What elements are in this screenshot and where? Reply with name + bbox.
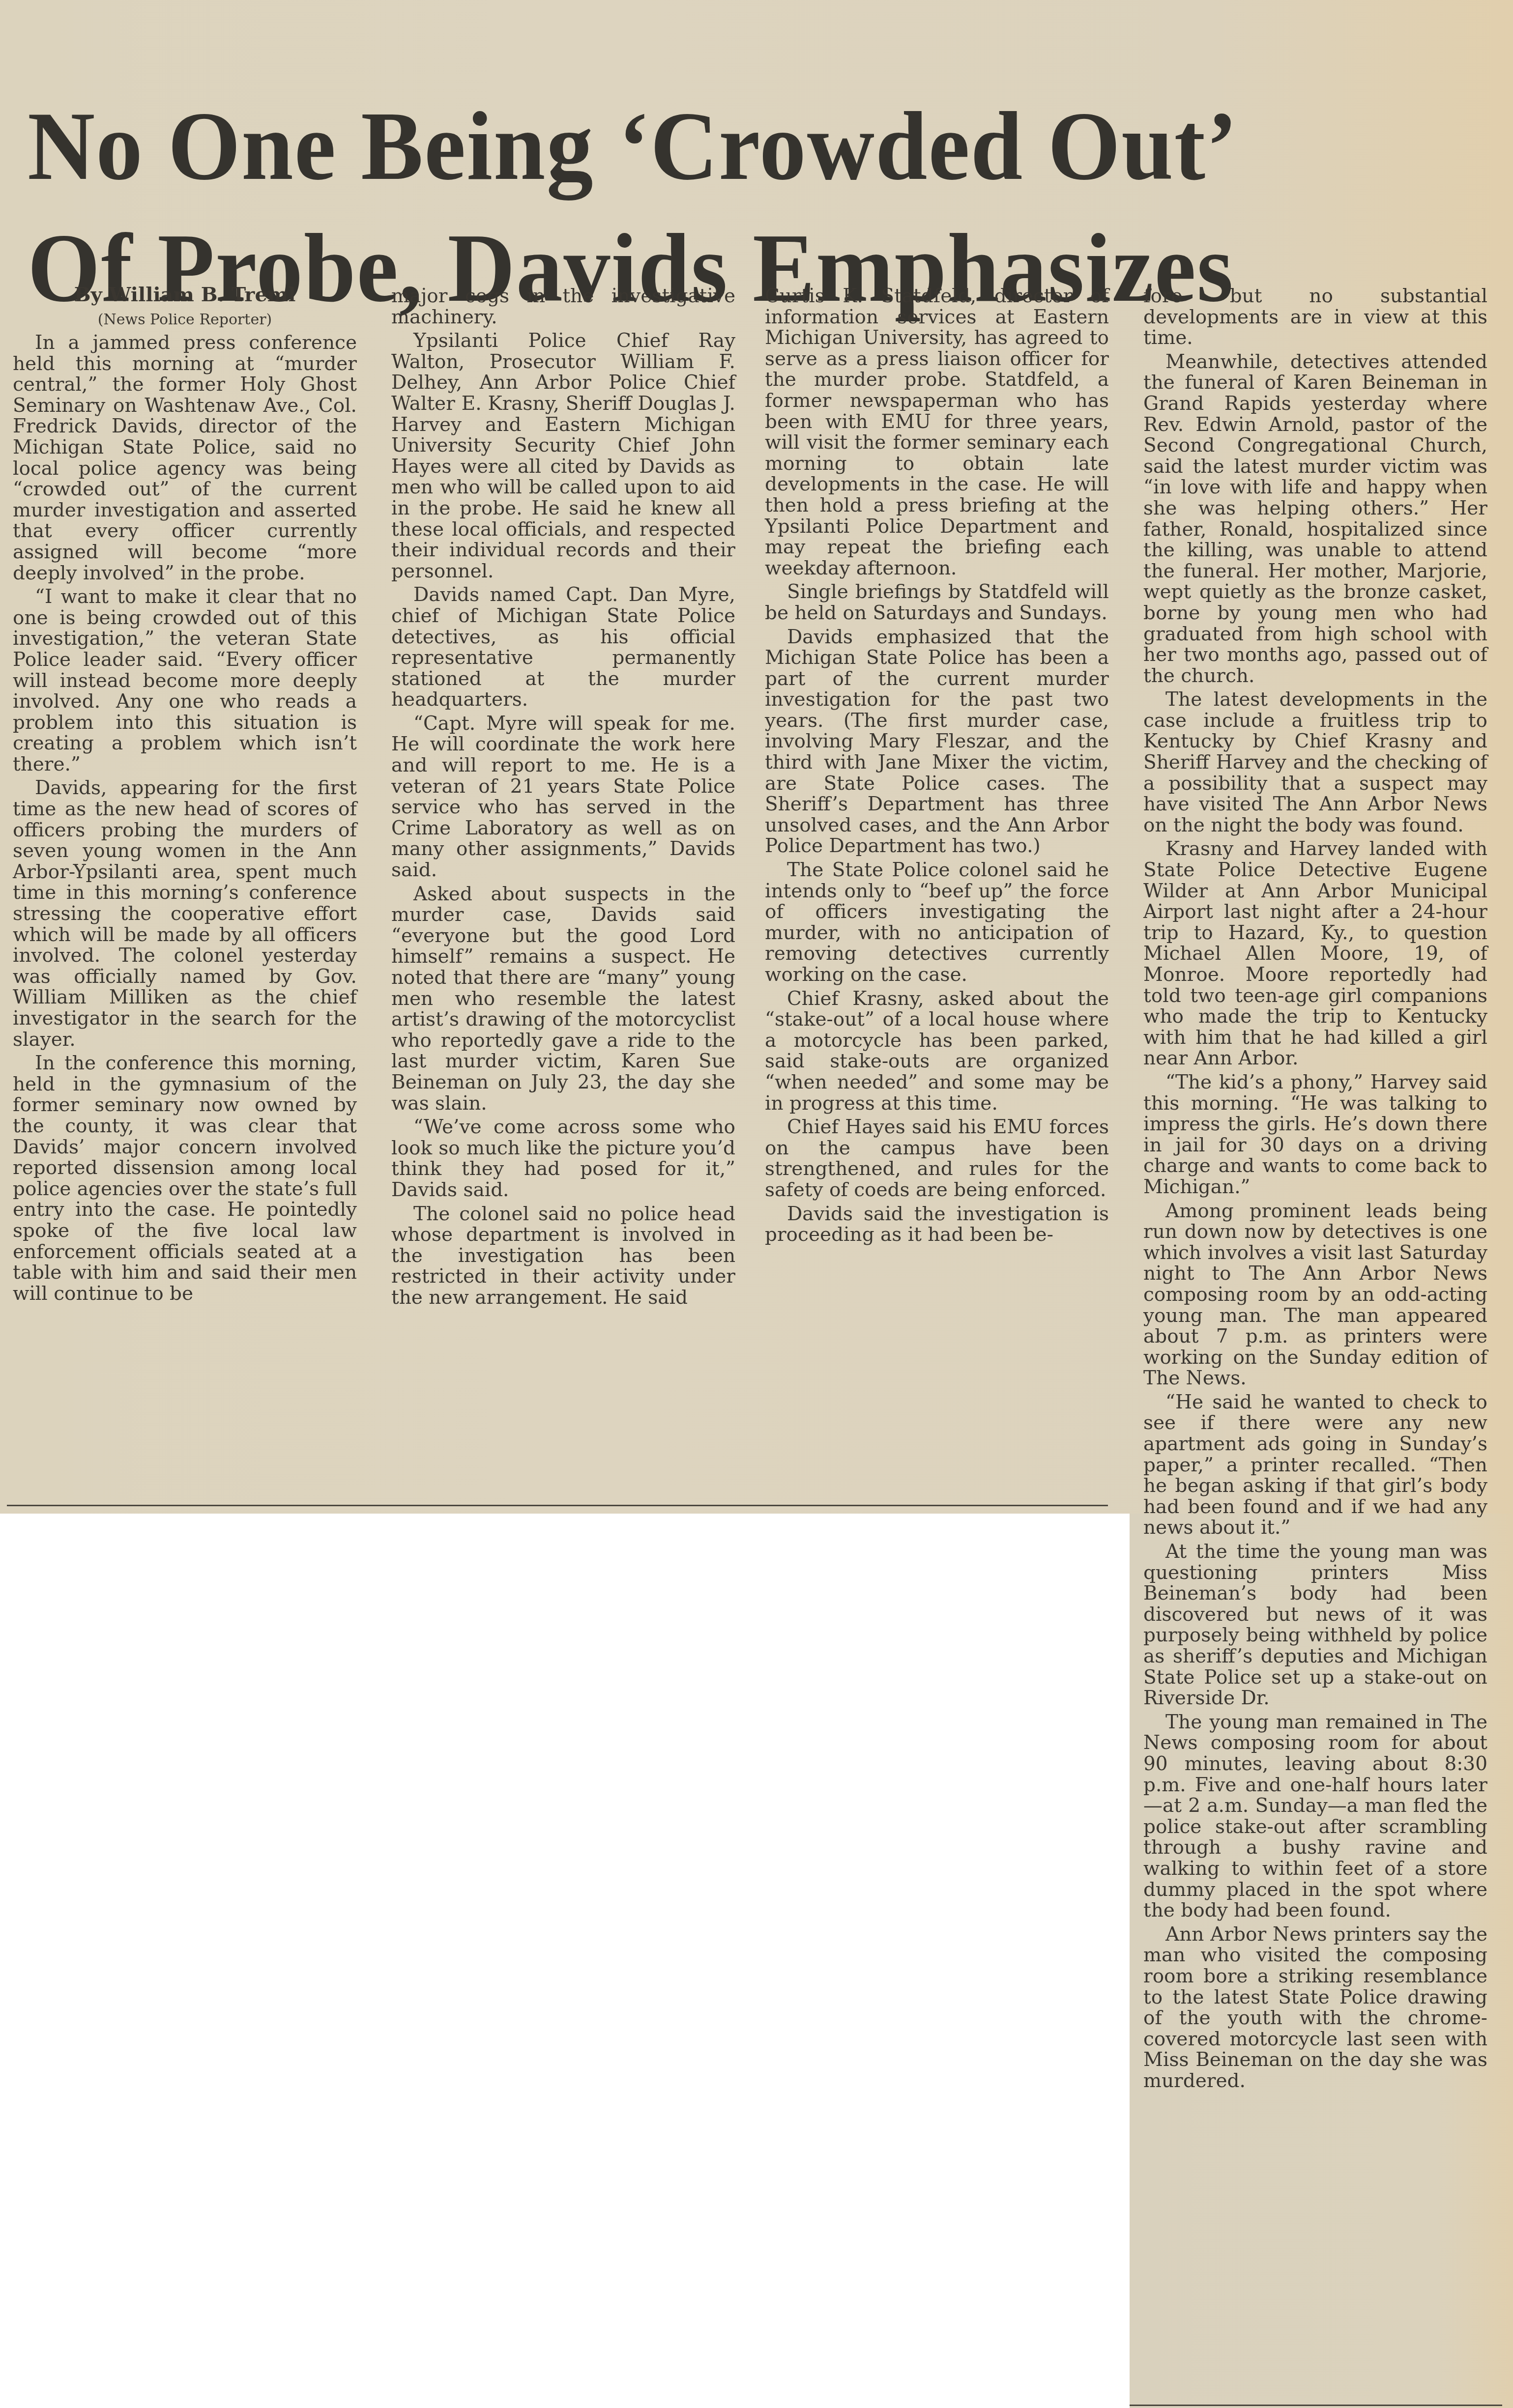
paragraph: Chief Hayes said his EMU forces on the c… [765,1117,1109,1201]
paragraph: The State Police colonel said he intends… [765,860,1109,986]
article-column-4: fore but no substantial developments are… [1143,286,1487,2092]
headline-line-1: No One Being ‘Crowded Out’ [28,86,1410,207]
paragraph: The young man remained in The News compo… [1143,1712,1487,1921]
article-column-3: Curtis K. Statdfeld, director of informa… [765,286,1109,1246]
paragraph: Among prominent leads being run down now… [1143,1201,1487,1389]
paragraph: In the conference this morning, held in … [13,1053,357,1304]
paragraph: “Capt. Myre will speak for me. He will c… [391,714,735,881]
paragraph: Davids, appearing for the first time as … [13,778,357,1050]
byline: By William B. Treml [13,283,357,307]
article-column-2: major cogs in the investigative machiner… [391,286,735,1309]
paragraph-continued: major cogs in the investigative machiner… [391,286,735,328]
paragraph: At the time the young man was questionin… [1143,1542,1487,1709]
paragraph: “We’ve come across some who look so much… [391,1117,735,1201]
paragraph: Asked about suspects in the murder case,… [391,884,735,1115]
paragraph: “The kid’s a phony,” Harvey said this mo… [1143,1072,1487,1198]
paragraph: Davids emphasized that the Michigan Stat… [765,627,1109,858]
paragraph: Chief Krasny, asked about the “stake-out… [765,989,1109,1115]
paragraph: The colonel said no police head whose de… [391,1204,735,1309]
paragraph-continued: Curtis K. Statdfeld, director of informa… [765,286,1109,579]
paragraph: Ann Arbor News printers say the man who … [1143,1924,1487,2092]
paragraph: Single briefings by Statdfeld will be he… [765,582,1109,624]
article-column-1: By William B. Treml (News Police Reporte… [13,283,357,1304]
paragraph: “I want to make it clear that no one is … [13,587,357,775]
paragraph: In a jammed press conference held this m… [13,333,357,584]
paragraph: Krasny and Harvey landed with State Poli… [1143,839,1487,1069]
paragraph: Davids named Capt. Dan Myre, chief of Mi… [391,585,735,711]
paragraph: Davids said the investigation is proceed… [765,1204,1109,1246]
paragraph-continued: fore but no substantial developments are… [1143,286,1487,349]
paragraph: Ypsilanti Police Chief Ray Walton, Prose… [391,331,735,582]
byline-credit: (News Police Reporter) [13,310,357,330]
column-bottom-rule [7,1505,1108,1506]
paragraph: Meanwhile, detectives attended the funer… [1143,352,1487,687]
paragraph: The latest developments in the case incl… [1143,689,1487,836]
column-4-bottom-rule [1130,2405,1502,2406]
paragraph: “He said he wanted to check to see if th… [1143,1392,1487,1539]
